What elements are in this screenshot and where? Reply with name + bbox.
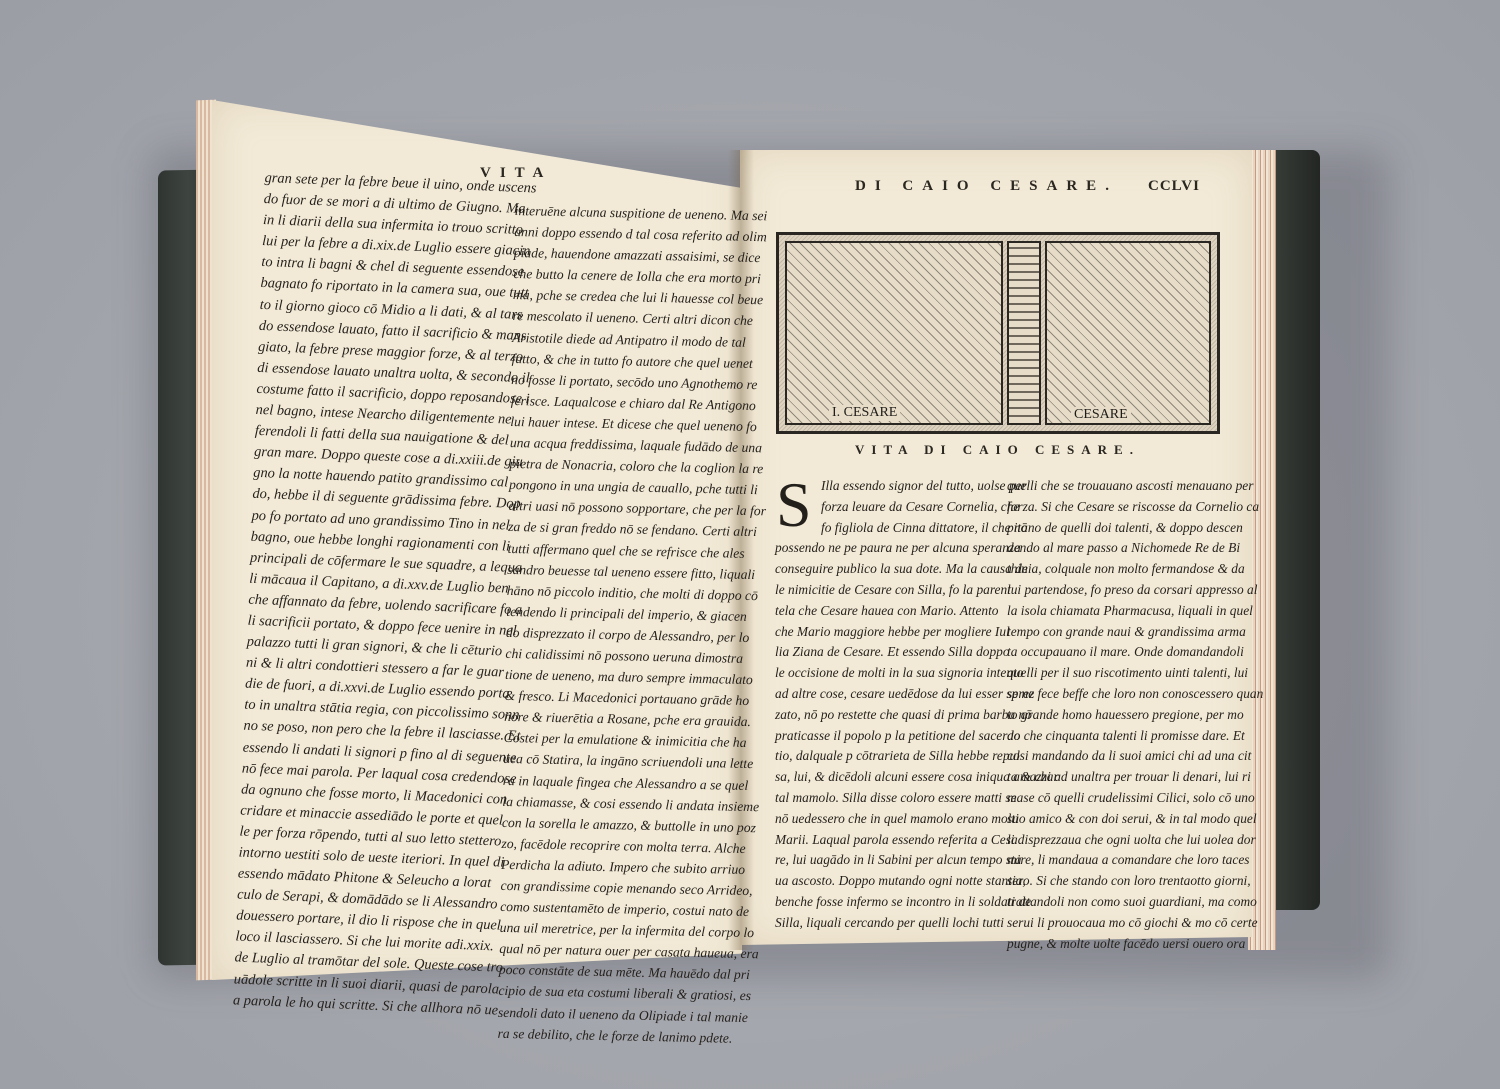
text-line: se ne fece beffe che loro non conoscesse…: [1007, 684, 1263, 705]
woodcut-panel-left: [785, 241, 1003, 425]
folio-number: CCLVI: [1148, 178, 1200, 195]
text-line: la isola chiamata Pharmacusa, liquali in…: [1007, 601, 1263, 622]
text-line: to grande homo hauessero pregione, per m…: [1007, 705, 1263, 726]
text-line: li disprezzaua che ogni uolta che lui uo…: [1007, 830, 1263, 851]
left-column-1: gran sete per la febre beue il uino, ond…: [233, 168, 542, 1022]
text-line: quelli per il suo riscotimento uinti tal…: [1007, 663, 1263, 684]
text-line: suo amico & con doi serui, & in tal modo…: [1007, 809, 1263, 830]
text-line: forza. Si che Cesare se riscosse da Corn…: [1007, 497, 1263, 518]
section-title: VITA DI CAIO CESARE.: [855, 442, 1140, 458]
text-line: serui li prouocaua mo cō giochi & mo cō …: [1007, 913, 1263, 934]
text-line: quelli che se trouauano ascosti menauano…: [1007, 476, 1263, 497]
woodcut-caption-right: CESARE: [1071, 407, 1131, 423]
text-line: tempo con grande naui & grandissima arma: [1007, 622, 1263, 643]
text-line: ta & chi ad unaltra per trouar li denari…: [1007, 767, 1263, 788]
text-line: pugne, & molte uolte facēdo uersi ouero …: [1007, 934, 1263, 955]
text-line: trattandoli non como suoi guardiani, ma …: [1007, 892, 1263, 913]
text-line: ta occupauano il mare. Onde domandandoli: [1007, 642, 1263, 663]
woodcut-ornament-column: [1007, 241, 1041, 425]
book-cover-right: [1270, 150, 1320, 910]
right-column-2: quelli che se trouauano ascosti menauano…: [1007, 476, 1263, 954]
woodcut-illustration: I. CESARE CESARE: [776, 232, 1220, 434]
right-running-head: DI CAIO CESARE.: [855, 178, 1118, 195]
text-line: pitano de quelli doi talenti, & doppo de…: [1007, 518, 1263, 539]
text-line: sero. Si che stando con loro trentaotto …: [1007, 871, 1263, 892]
text-line: lui partendose, fo preso da corsari appr…: [1007, 580, 1263, 601]
text-line: mire, li mandaua a comandare che loro ta…: [1007, 850, 1263, 871]
left-column-2: interuēne alcuna suspitione de ueneno. M…: [497, 200, 774, 1049]
text-line: mase cō quelli crudelissimi Cilici, solo…: [1007, 788, 1263, 809]
text-line: dendo al mare passo a Nichomede Re de Bi: [1007, 538, 1263, 559]
woodcut-panel-right: [1045, 241, 1211, 425]
text-line: do che cinquanta talenti li promisse dar…: [1007, 726, 1263, 747]
text-line: cosi mandando da li suoi amici chi ad un…: [1007, 746, 1263, 767]
woodcut-caption-left: I. CESARE: [829, 405, 900, 421]
text-line: thinia, colquale non molto fermandose & …: [1007, 559, 1263, 580]
